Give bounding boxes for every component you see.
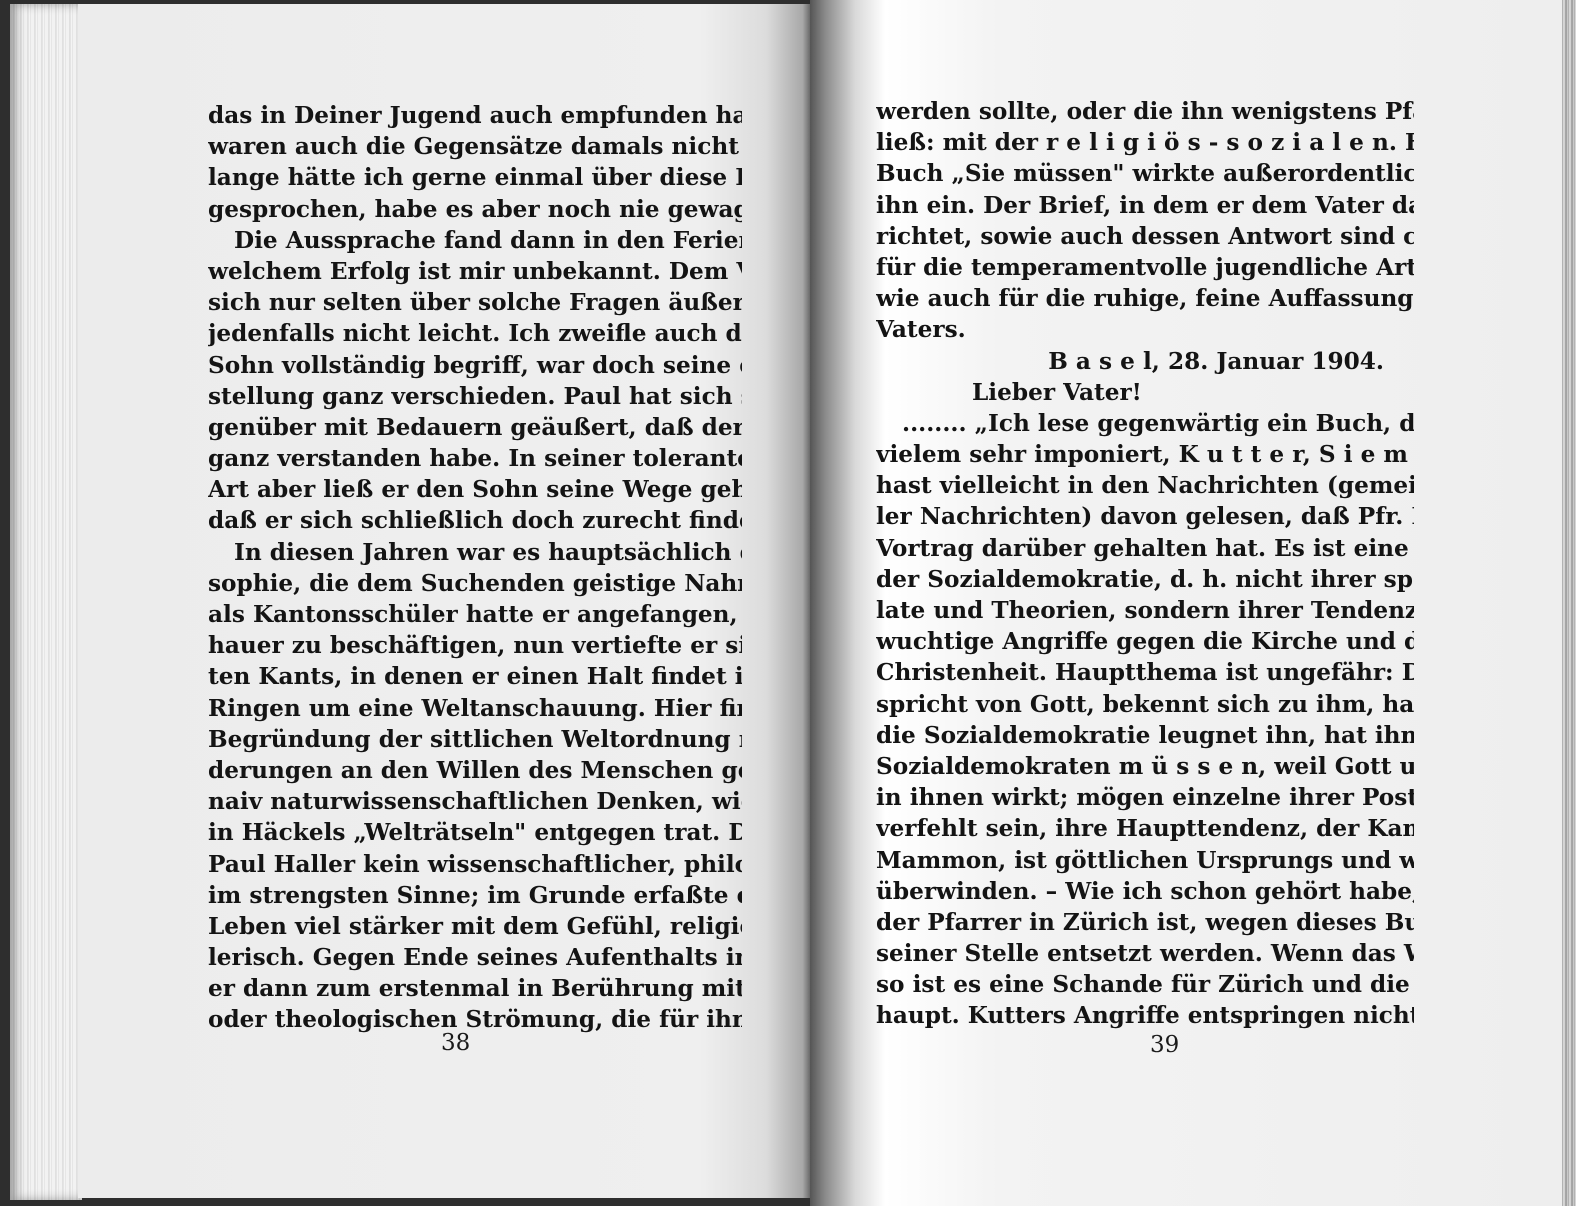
text-line: Mammon, ist göttlichen Ursprungs und wir… [876,845,1414,876]
text-line: richtet, sowie auch dessen Antwort sind … [876,221,1414,252]
text-line: er dann zum erstenmal in Berührung mit d… [208,973,742,1004]
text-line: Vaters. [876,314,1414,345]
text-line: verfehlt sein, ihre Haupttendenz, der Ka… [876,813,1414,844]
page-number-left: 38 [441,1030,470,1056]
page-stack-left-edge [10,4,82,1200]
text-line: naiv naturwissenschaftlichen Denken, wie… [208,786,742,817]
text-line: haupt. Kutters Angriffe entspringen nich… [876,1000,1414,1031]
text-line: lange hätte ich gerne einmal über diese … [208,162,742,193]
text-line: In diesen Jahren war es hauptsächlich di… [208,537,742,568]
text-line: hauer zu beschäftigen, nun vertiefte er … [208,630,742,661]
text-line: überwinden. – Wie ich schon gehört habe,… [876,876,1414,907]
text-line: das in Deiner Jugend auch empfunden hast… [208,100,742,131]
text-line: wuchtige Angriffe gegen die Kirche und d… [876,626,1414,657]
text-line: ließ: mit der r e l i g i ö s - s o z i … [876,127,1414,158]
letter-date: B a s e l, 28. Januar 1904. [876,346,1414,377]
text-line: jedenfalls nicht leicht. Ich zweifle auc… [208,318,742,349]
text-line: welchem Erfolg ist mir unbekannt. Dem Va… [208,256,742,287]
text-line: ganz verstanden habe. In seiner tolerant… [208,443,742,474]
left-page-text: das in Deiner Jugend auch empfunden hast… [208,100,742,1036]
text-line: daß er sich schließlich doch zurecht fin… [208,505,742,536]
text-line: ........ „Ich lese gegenwärtig ein Buch,… [876,408,1414,439]
text-line: gesprochen, habe es aber noch nie gewagt… [208,194,742,225]
text-line: der Pfarrer in Zürich ist, wegen dieses … [876,907,1414,938]
text-line: Die Aussprache fand dann in den Ferien s… [208,225,742,256]
text-line: der Sozialdemokratie, d. h. nicht ihrer … [876,564,1414,595]
text-line: Sozialdemokraten m ü s s e n, weil Gott … [876,751,1414,782]
text-line: so ist es eine Schande für Zürich und di… [876,969,1414,1000]
text-line: wie auch für die ruhige, feine Auffassun… [876,283,1414,314]
text-line: spricht von Gott, bekennt sich zu ihm, h… [876,689,1414,720]
text-line: sich nur selten über solche Fragen äußer… [208,287,742,318]
page-stack-right-edge [1562,0,1576,1206]
book-scan: das in Deiner Jugend auch empfunden hast… [0,0,1576,1206]
text-line: in ihnen wirkt; mögen einzelne ihrer Pos… [876,782,1414,813]
letter-salutation: Lieber Vater! [876,377,1414,408]
text-line: seiner Stelle entsetzt werden. Wenn das … [876,938,1414,969]
text-line: im strengsten Sinne; im Grunde erfaßte e… [208,880,742,911]
text-line: in Häckels „Welträtseln" entgegen trat. … [208,817,742,848]
page-number-right: 39 [1150,1032,1179,1058]
text-line: Sohn vollständig begriff, war doch seine… [208,350,742,381]
text-line: ten Kants, in denen er einen Halt findet… [208,661,742,692]
text-line: derungen an den Willen des Menschen gege… [208,755,742,786]
text-line: vielem sehr imponiert, K u t t e r, S i … [876,439,1414,470]
text-line: genüber mit Bedauern geäußert, daß der V… [208,412,742,443]
text-line: oder theologischen Strömung, die für ihn… [208,1004,742,1035]
text-line: Vortrag darüber gehalten hat. Es ist ein… [876,533,1414,564]
text-line: die Sozialdemokratie leugnet ihn, hat ih… [876,720,1414,751]
text-line: Leben viel stärker mit dem Gefühl, relig… [208,911,742,942]
text-line: stellung ganz verschieden. Paul hat sich… [208,381,742,412]
text-line: Art aber ließ er den Sohn seine Wege geh… [208,474,742,505]
text-line: ler Nachrichten) davon gelesen, daß Pfr.… [876,501,1414,532]
text-line: Ringen um eine Weltanschauung. Hier find… [208,693,742,724]
text-line: hast vielleicht in den Nachrichten (geme… [876,470,1414,501]
text-line: sophie, die dem Suchenden geistige Nahru… [208,568,742,599]
text-line: Paul Haller kein wissenschaftlicher, phi… [208,849,742,880]
text-line: für die temperamentvolle jugendliche Art… [876,252,1414,283]
text-line: late und Theorien, sondern ihrer Tendenz… [876,595,1414,626]
text-line: ihn ein. Der Brief, in dem er dem Vater … [876,190,1414,221]
text-line: lerisch. Gegen Ende seines Aufenthalts i… [208,942,742,973]
text-line: werden sollte, oder die ihn wenigstens P… [876,96,1414,127]
text-line: Christenheit. Hauptthema ist ungefähr: D… [876,657,1414,688]
text-line: als Kantonsschüler hatte er angefangen, … [208,599,742,630]
text-line: Buch „Sie müssen" wirkte außerordentlich… [876,158,1414,189]
text-line: waren auch die Gegensätze damals nicht s… [208,131,742,162]
right-page-text: werden sollte, oder die ihn wenigstens P… [876,96,1414,1032]
text-line: Begründung der sittlichen Weltordnung mi… [208,724,742,755]
